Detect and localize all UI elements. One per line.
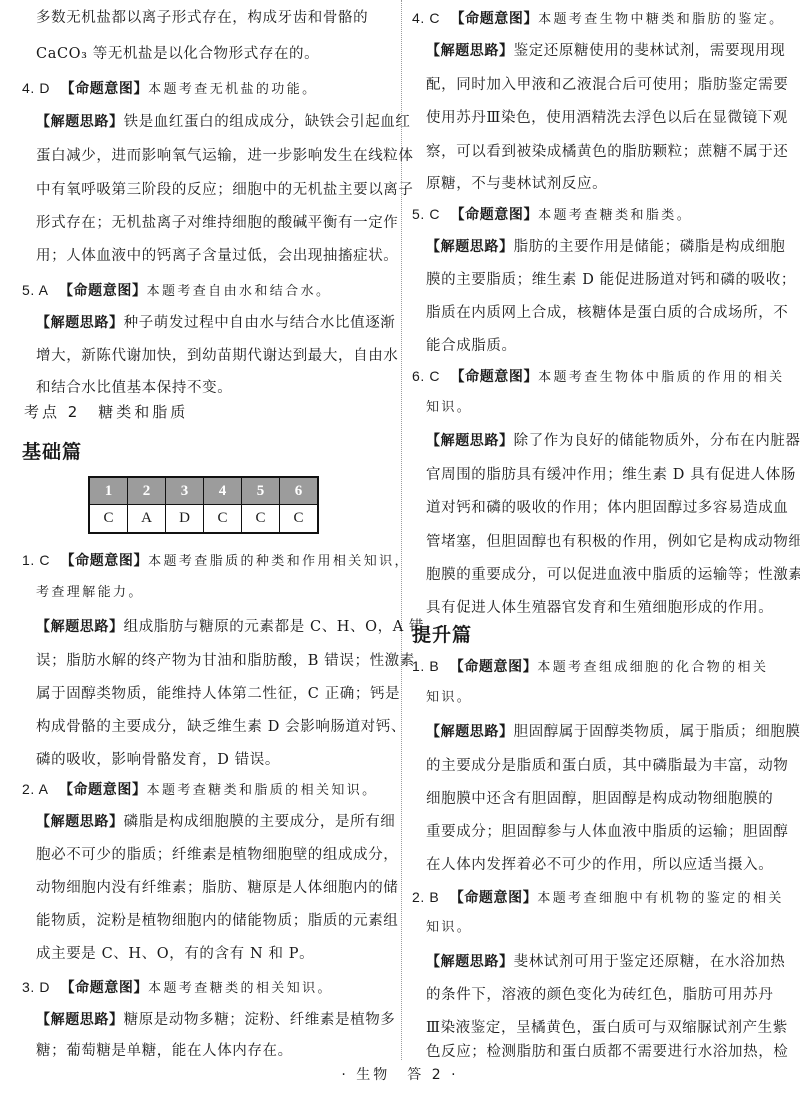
intent-tag: 【命题意图】 (61, 553, 149, 569)
solution-tag: 【解题思路】 (426, 43, 514, 59)
solution-text: 组成脂肪与糖原的元素都是 C、H、O，A 错 (124, 619, 425, 635)
intent-text: 本题考查糖类的相关知识。 (148, 981, 333, 996)
section-title: 考点 2 糖类和脂质 (24, 401, 188, 422)
question-number: 6. C (412, 368, 440, 384)
question-number-cell: 1 (89, 477, 128, 505)
solution-line: 的条件下，溶液的颜色变化为砖红色，脂肪可用苏丹 (426, 985, 773, 1005)
solution-tag: 【解题思路】 (36, 114, 124, 130)
solution-line: 【解题思路】磷脂是构成细胞膜的主要成分，是所有细 (36, 812, 395, 832)
solution-line: Ⅲ染液鉴定，呈橘黄色，蛋白质可与双缩脲试剂产生紫 (426, 1018, 788, 1038)
question-number: 1. B (412, 658, 439, 674)
solution-text: 磷脂是构成细胞膜的主要成分，是所有细 (124, 814, 396, 830)
solution-line: 用；人体血液中的钙离子含量过低，会出现抽搐症状。 (36, 246, 398, 266)
solution-line: 脂质在内质网上合成，核糖体是蛋白质的合成场所，不 (426, 303, 788, 323)
question-number: 4. D (22, 80, 50, 96)
question-number: 4. C (412, 10, 440, 26)
solution-text: 种子萌发过程中自由水与结合水比值逐渐 (124, 315, 396, 331)
solution-text: 胆固醇属于固醇类物质，属于脂质；细胞膜 (514, 724, 800, 740)
question-number-cell: 4 (204, 477, 242, 505)
solution-text: 鉴定还原糖使用的斐林试剂，需要现用现 (514, 43, 786, 59)
question-number: 2. B (412, 889, 439, 905)
solution-line: 官周围的脂肪具有缓冲作用；维生素 D 具有促进人体肠 (426, 465, 796, 485)
solution-line: 【解题思路】种子萌发过程中自由水与结合水比值逐渐 (36, 313, 395, 333)
basic-question-4-header: 4. C 【命题意图】本题考查生物中糖类和脂肪的鉴定。 (412, 8, 785, 30)
solution-line: 色反应；检测脂肪和蛋白质都不需要进行水浴加热，检 (426, 1042, 788, 1062)
intent-tag: 【命题意图】 (61, 980, 149, 996)
solution-line: 【解题思路】组成脂肪与糖原的元素都是 C、H、O，A 错 (36, 617, 424, 637)
question-number: 3. D (22, 979, 50, 995)
text-line: 多数无机盐都以离子形式存在，构成牙齿和骨骼的 (36, 8, 368, 28)
intent-tag: 【命题意图】 (450, 659, 538, 675)
solution-line: 的主要成分是脂质和蛋白质，其中磷脂最为丰富，动物 (426, 756, 788, 776)
answer-cell: C (242, 505, 280, 534)
solution-line: 原糖，不与斐林试剂反应。 (426, 174, 607, 194)
solution-tag: 【解题思路】 (36, 619, 124, 635)
solution-line: 【解题思路】糖原是动物多糖；淀粉、纤维素是植物多 (36, 1010, 395, 1030)
solution-line: 误；脂肪水解的终产物为甘油和脂肪酸，B 错误；性激素 (36, 651, 415, 671)
intent-text: 本题考查细胞中有机物的鉴定的相关 (537, 891, 783, 906)
answer-cell: D (166, 505, 204, 534)
intent-tag: 【命题意图】 (61, 81, 149, 97)
part-title-advanced: 提升篇 (412, 620, 472, 647)
solution-line: 【解题思路】斐林试剂可用于鉴定还原糖，在水浴加热 (426, 952, 785, 972)
basic-question-1-header: 1. C 【命题意图】本题考查脂质的种类和作用相关知识， (22, 550, 410, 572)
intent-continuation: 知识。 (426, 688, 472, 708)
answer-table-answer-row: C A D C C C (89, 505, 318, 534)
solution-line: 使用苏丹Ⅲ染色，使用酒精洗去浮色以后在显微镜下观 (426, 108, 788, 128)
solution-text: 糖原是动物多糖；淀粉、纤维素是植物多 (124, 1012, 396, 1028)
intent-text: 本题考查生物体中脂质的作用的相关 (538, 370, 784, 385)
intent-text: 本题考查组成细胞的化合物的相关 (537, 660, 768, 675)
solution-line: 具有促进人体生殖器官发育和生殖细胞形成的作用。 (426, 598, 773, 618)
solution-line: 能合成脂质。 (426, 336, 517, 356)
solution-line: 磷的吸收，影响骨骼发育，D 错误。 (36, 750, 280, 770)
question-number: 2. A (22, 781, 49, 797)
solution-line: 在人体内发挥着必不可少的作用，所以应适当摄入。 (426, 855, 773, 875)
question-4-header: 4. D 【命题意图】本题考查无机盐的功能。 (22, 78, 318, 100)
solution-tag: 【解题思路】 (36, 1012, 124, 1028)
question-number: 5. A (22, 282, 49, 298)
question-number-cell: 6 (280, 477, 319, 505)
question-number-cell: 3 (166, 477, 204, 505)
answer-table-header-row: 1 2 3 4 5 6 (89, 477, 318, 505)
solution-line: 察，可以看到被染成橘黄色的脂肪颗粒；蔗糖不属于还 (426, 142, 788, 162)
basic-question-6-header: 6. C 【命题意图】本题考查生物体中脂质的作用的相关 (412, 366, 785, 388)
intent-tag: 【命题意图】 (59, 782, 147, 798)
solution-tag: 【解题思路】 (426, 433, 514, 449)
advanced-question-1-header: 1. B 【命题意图】本题考查组成细胞的化合物的相关 (412, 656, 768, 678)
solution-text: 除了作为良好的储能物质外，分布在内脏器 (514, 433, 800, 449)
answer-cell: C (89, 505, 128, 534)
solution-line: 胞膜的重要成分，可以促进血液中脂质的运输等；性激素 (426, 565, 800, 585)
page-footer: · 生物 答 2 · (0, 1064, 800, 1084)
intent-continuation: 知识。 (426, 918, 472, 938)
basic-question-5-header: 5. C 【命题意图】本题考查糖类和脂类。 (412, 204, 692, 226)
solution-line: 和结合水比值基本保持不变。 (36, 378, 232, 398)
solution-line: 构成骨骼的主要成分，缺乏维生素 D 会影响肠道对钙、 (36, 717, 406, 737)
solution-line: 膜的主要脂质；维生素 D 能促进肠道对钙和磷的吸收； (426, 270, 796, 290)
solution-line: 成主要是 C、H、O，有的含有 N 和 P。 (36, 944, 314, 964)
solution-line: 【解题思路】除了作为良好的储能物质外，分布在内脏器 (426, 431, 800, 451)
solution-line: 配，同时加入甲液和乙液混合后可使用；脂肪鉴定需要 (426, 75, 788, 95)
solution-line: 细胞膜中还含有胆固醇，胆固醇是构成动物细胞膜的 (426, 789, 773, 809)
text-line: CaCO₃ 等无机盐是以化合物形式存在的。 (36, 44, 319, 64)
solution-line: 【解题思路】铁是血红蛋白的组成成分，缺铁会引起血红 (36, 112, 411, 132)
solution-text: 脂肪的主要作用是储能；磷脂是构成细胞 (514, 239, 786, 255)
intent-tag: 【命题意图】 (451, 11, 539, 27)
solution-line: 管堵塞，但胆固醇也有积极的作用，例如它是构成动物细 (426, 532, 800, 552)
solution-text: 铁是血红蛋白的组成成分，缺铁会引起血红 (124, 114, 411, 130)
solution-line: 增大，新陈代谢加快，到幼苗期代谢达到最大，自由水 (36, 346, 398, 366)
solution-line: 蛋白减少，进而影响氧气运输，进一步影响发生在线粒体 (36, 146, 414, 166)
solution-line: 胞必不可少的脂质；纤维素是植物细胞壁的组成成分， (36, 845, 398, 865)
question-5-header: 5. A 【命题意图】本题考查自由水和结合水。 (22, 280, 331, 302)
intent-text: 本题考查脂质的种类和作用相关知识， (148, 554, 410, 569)
advanced-question-2-header: 2. B 【命题意图】本题考查细胞中有机物的鉴定的相关 (412, 887, 784, 909)
part-title-basic: 基础篇 (22, 437, 82, 464)
answer-cell: C (280, 505, 319, 534)
basic-question-3-header: 3. D 【命题意图】本题考查糖类的相关知识。 (22, 977, 333, 999)
solution-tag: 【解题思路】 (426, 239, 514, 255)
intent-text: 本题考查自由水和结合水。 (147, 284, 332, 299)
intent-tag: 【命题意图】 (59, 283, 147, 299)
intent-text: 本题考查糖类和脂类。 (538, 208, 692, 223)
solution-line: 能物质，淀粉是植物细胞内的储能物质；脂质的元素组 (36, 911, 398, 931)
intent-tag: 【命题意图】 (451, 369, 539, 385)
solution-line: 道对钙和磷的吸收的作用；体内胆固醇过多容易造成血 (426, 498, 788, 518)
solution-tag: 【解题思路】 (36, 315, 124, 331)
question-number-cell: 2 (128, 477, 166, 505)
solution-line: 重要成分；胆固醇参与人体血液中脂质的运输；胆固醇 (426, 822, 788, 842)
solution-line: 【解题思路】脂肪的主要作用是储能；磷脂是构成细胞 (426, 237, 785, 257)
solution-text: 斐林试剂可用于鉴定还原糖，在水浴加热 (514, 954, 786, 970)
solution-line: 动物细胞内没有纤维素；脂肪、糖原是人体细胞内的储 (36, 878, 398, 898)
solution-tag: 【解题思路】 (36, 814, 124, 830)
intent-continuation: 知识。 (426, 398, 472, 418)
intent-text: 本题考查生物中糖类和脂肪的鉴定。 (538, 12, 784, 27)
answer-cell: C (204, 505, 242, 534)
solution-line: 属于固醇类物质，能维持人体第二性征，C 正确；钙是 (36, 684, 400, 704)
intent-tag: 【命题意图】 (450, 890, 538, 906)
intent-tag: 【命题意图】 (451, 207, 539, 223)
solution-line: 【解题思路】胆固醇属于固醇类物质，属于脂质；细胞膜 (426, 722, 800, 742)
answer-cell: A (128, 505, 166, 534)
solution-line: 形式存在；无机盐离子对维持细胞的酸碱平衡有一定作 (36, 213, 398, 233)
solution-line: 中有氧呼吸第三阶段的反应；细胞中的无机盐主要以离子 (36, 180, 414, 200)
solution-tag: 【解题思路】 (426, 724, 514, 740)
solution-tag: 【解题思路】 (426, 954, 514, 970)
question-number: 5. C (412, 206, 440, 222)
intent-text: 本题考查糖类和脂质的相关知识。 (147, 783, 378, 798)
question-number: 1. C (22, 552, 50, 568)
solution-line: 糖；葡萄糖是单糖，能在人体内存在。 (36, 1041, 293, 1061)
intent-text: 本题考查无机盐的功能。 (148, 82, 317, 97)
basic-question-2-header: 2. A 【命题意图】本题考查糖类和脂质的相关知识。 (22, 779, 378, 801)
question-number-cell: 5 (242, 477, 280, 505)
intent-continuation: 考查理解能力。 (36, 583, 144, 603)
solution-line: 【解题思路】鉴定还原糖使用的斐林试剂，需要现用现 (426, 41, 785, 61)
answer-table: 1 2 3 4 5 6 C A D C C C (88, 476, 319, 534)
